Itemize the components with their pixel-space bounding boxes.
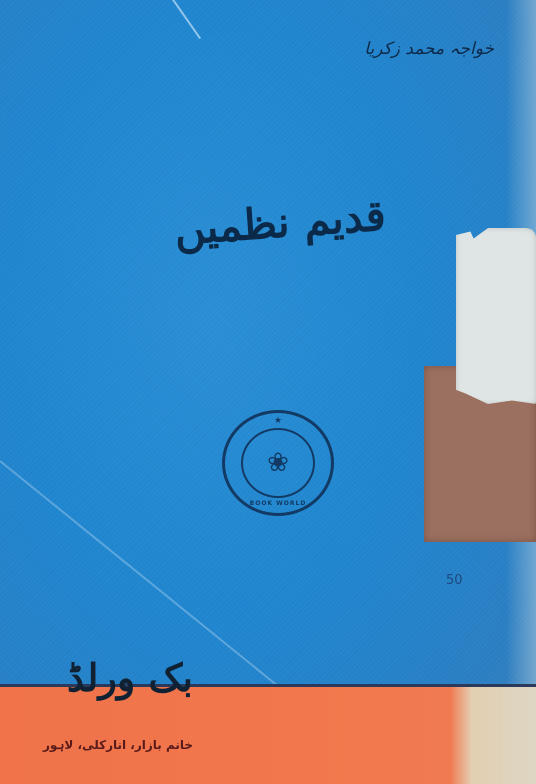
book-title: قدیم نظمیں: [169, 190, 392, 254]
lotus-emblem-icon: ❀: [241, 428, 315, 498]
star-icon: ★: [274, 415, 282, 426]
crease-mark: [165, 0, 201, 39]
torn-label: [456, 228, 536, 404]
lotus-glyph: ❀: [267, 448, 289, 478]
publisher-name: بک ورلڈ: [30, 655, 230, 700]
book-cover: خواجہ محمد زکریا قدیم نظمیں ★ ❀ BOOK WOR…: [0, 0, 536, 784]
author-name: خواجہ محمد زکریا: [364, 38, 494, 59]
handwritten-note: 50: [446, 573, 463, 588]
emblem-text: BOOK WORLD: [225, 500, 331, 507]
publisher-emblem: ★ ❀ BOOK WORLD: [222, 410, 334, 516]
publisher-address: خانم بازار، انارکلی، لاہور: [38, 738, 198, 752]
